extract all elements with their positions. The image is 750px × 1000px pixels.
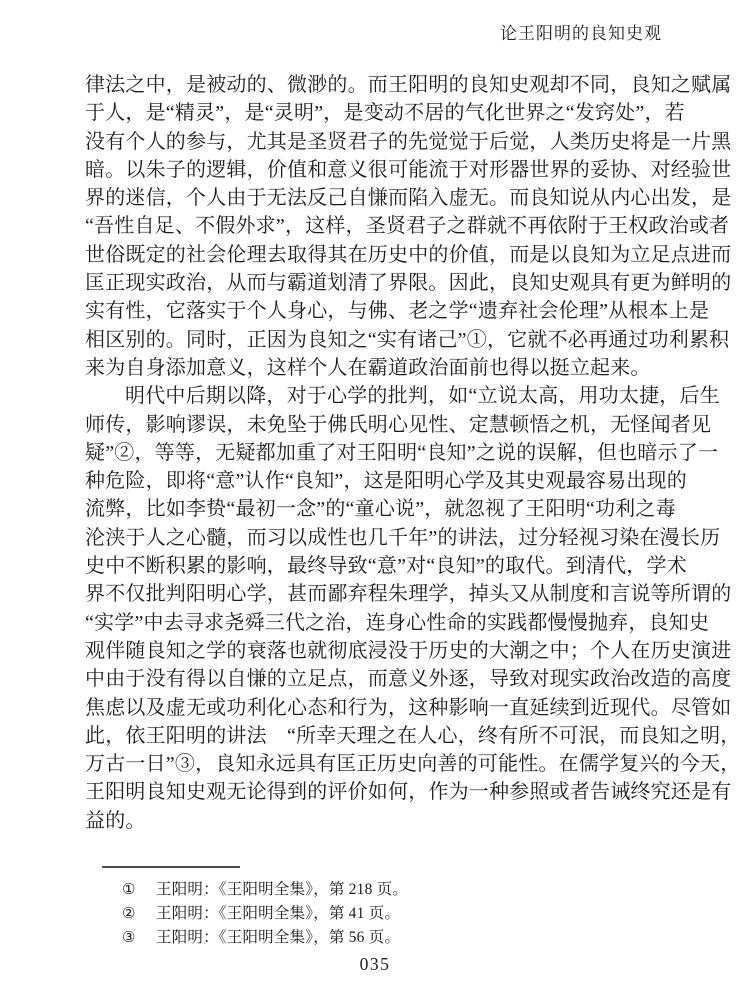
body-text-line: 疑”②，等等，无疑都加重了对王阳明“良知”之说的误解，但也暗示了一 <box>85 439 667 467</box>
body-text-line: 流弊，比如李贽“最初一念”的“童心说”，就忽视了王阳明“功利之毒 <box>85 495 667 523</box>
body-text-line: 于人，是“精灵”，是“灵明”，是变动不居的气化世界之“发窍处”，若 <box>85 99 667 127</box>
footnote-item: ③王阳明：《王阳明全集》，第 56 页。 <box>122 926 408 950</box>
body-text-line: 此，依王阳明的讲法 “所幸天理之在人心，终有所不可泯，而良知之明， <box>85 722 667 750</box>
body-text-line: 律法之中，是被动的、微渺的。而王阳明的良知史观却不同，良知之赋属 <box>85 71 667 99</box>
body-text-line: 匡正现实政治，从而与霸道划清了界限。因此，良知史观具有更为鲜明的 <box>85 269 667 297</box>
body-text: 律法之中，是被动的、微渺的。而王阳明的良知史观却不同，良知之赋属于人，是“精灵”… <box>85 71 667 835</box>
footnote-item: ②王阳明：《王阳明全集》，第 41 页。 <box>122 902 408 926</box>
footnote-marker: ① <box>122 878 142 902</box>
body-text-line: “实学”中去寻求尧舜三代之治，连身心性命的实践都慢慢抛弃，良知史 <box>85 609 667 637</box>
body-text-line: 焦虑以及虚无或功利化心态和行为，这种影响一直延续到近现代。尽管如 <box>85 694 667 722</box>
body-text-line: 师传，影响谬误，未免坠于佛氏明心见性、定慧顿悟之机，无怪闻者见 <box>85 411 667 439</box>
footnotes-list: ①王阳明：《王阳明全集》，第 218 页。②王阳明：《王阳明全集》，第 41 页… <box>122 878 408 950</box>
body-text-line: 王阳明良知史观无论得到的评价如何，作为一种参照或者告诫终究还是有 <box>85 778 667 806</box>
paragraph: 明代中后期以降，对于心学的批判，如“立说太高，用功太捷，后生师传，影响谬误，未免… <box>85 382 667 835</box>
body-text-line: 相区别的。同时，正因为良知之“实有诸己”①，它就不必再通过功利累积 <box>85 326 667 354</box>
body-text-line: 益的。 <box>85 807 667 835</box>
body-text-line: 史中不断积累的影响，最终导致“意”对“良知”的取代。到清代，学术 <box>85 552 667 580</box>
body-text-line: 暗。以朱子的逻辑，价值和意义很可能流于对形器世界的妥协、对经验世 <box>85 156 667 184</box>
body-text-line: 沦浃于人之心髓，而习以成性也几千年”的讲法，过分轻视习染在漫长历 <box>85 524 667 552</box>
body-text-line: 种危险，即将“意”认作“良知”，这是阳明心学及其史观最容易出现的 <box>85 467 667 495</box>
footnote-separator-rule <box>102 866 240 868</box>
body-text-line: 中由于没有得以自慊的立足点，而意义外逐，导致对现实政治改造的高度 <box>85 665 667 693</box>
footnote-marker: ② <box>122 902 142 926</box>
footnote-marker: ③ <box>122 926 142 950</box>
footnote-item: ①王阳明：《王阳明全集》，第 218 页。 <box>122 878 408 902</box>
body-text-line: 实有性，它落实于个人身心，与佛、老之学“遗弃社会伦理”从根本上是 <box>85 297 667 325</box>
page-number: 035 <box>0 954 750 975</box>
running-head: 论王阳明的良知史观 <box>500 19 662 44</box>
footnote-text: 王阳明：《王阳明全集》，第 218 页。 <box>156 878 408 902</box>
body-text-line: 界的迷信，个人由于无法反己自慊而陷入虚无。而良知说从内心出发，是 <box>85 184 667 212</box>
footnote-text: 王阳明：《王阳明全集》，第 56 页。 <box>156 926 400 950</box>
body-text-line: 界不仅批判阳明心学，甚而鄙弃程朱理学，掉头又从制度和言说等所谓的 <box>85 580 667 608</box>
body-text-line: 没有个人的参与，尤其是圣贤君子的先觉觉于后觉，人类历史将是一片黑 <box>85 128 667 156</box>
footnote-text: 王阳明：《王阳明全集》，第 41 页。 <box>156 902 400 926</box>
paragraph: 律法之中，是被动的、微渺的。而王阳明的良知史观却不同，良知之赋属于人，是“精灵”… <box>85 71 667 382</box>
body-text-line: 明代中后期以降，对于心学的批判，如“立说太高，用功太捷，后生 <box>85 382 667 410</box>
body-text-line: 世俗既定的社会伦理去取得其在历史中的价值，而是以良知为立足点进而 <box>85 241 667 269</box>
body-text-line: 万古一日”③，良知永远具有匡正历史向善的可能性。在儒学复兴的今天， <box>85 750 667 778</box>
body-text-line: 来为自身添加意义，这样个人在霸道政治面前也得以挺立起来。 <box>85 354 667 382</box>
body-text-line: 观伴随良知之学的衰落也就彻底浸没于历史的大潮之中；个人在历史演进 <box>85 637 667 665</box>
body-text-line: “吾性自足、不假外求”，这样，圣贤君子之群就不再依附于王权政治或者 <box>85 212 667 240</box>
